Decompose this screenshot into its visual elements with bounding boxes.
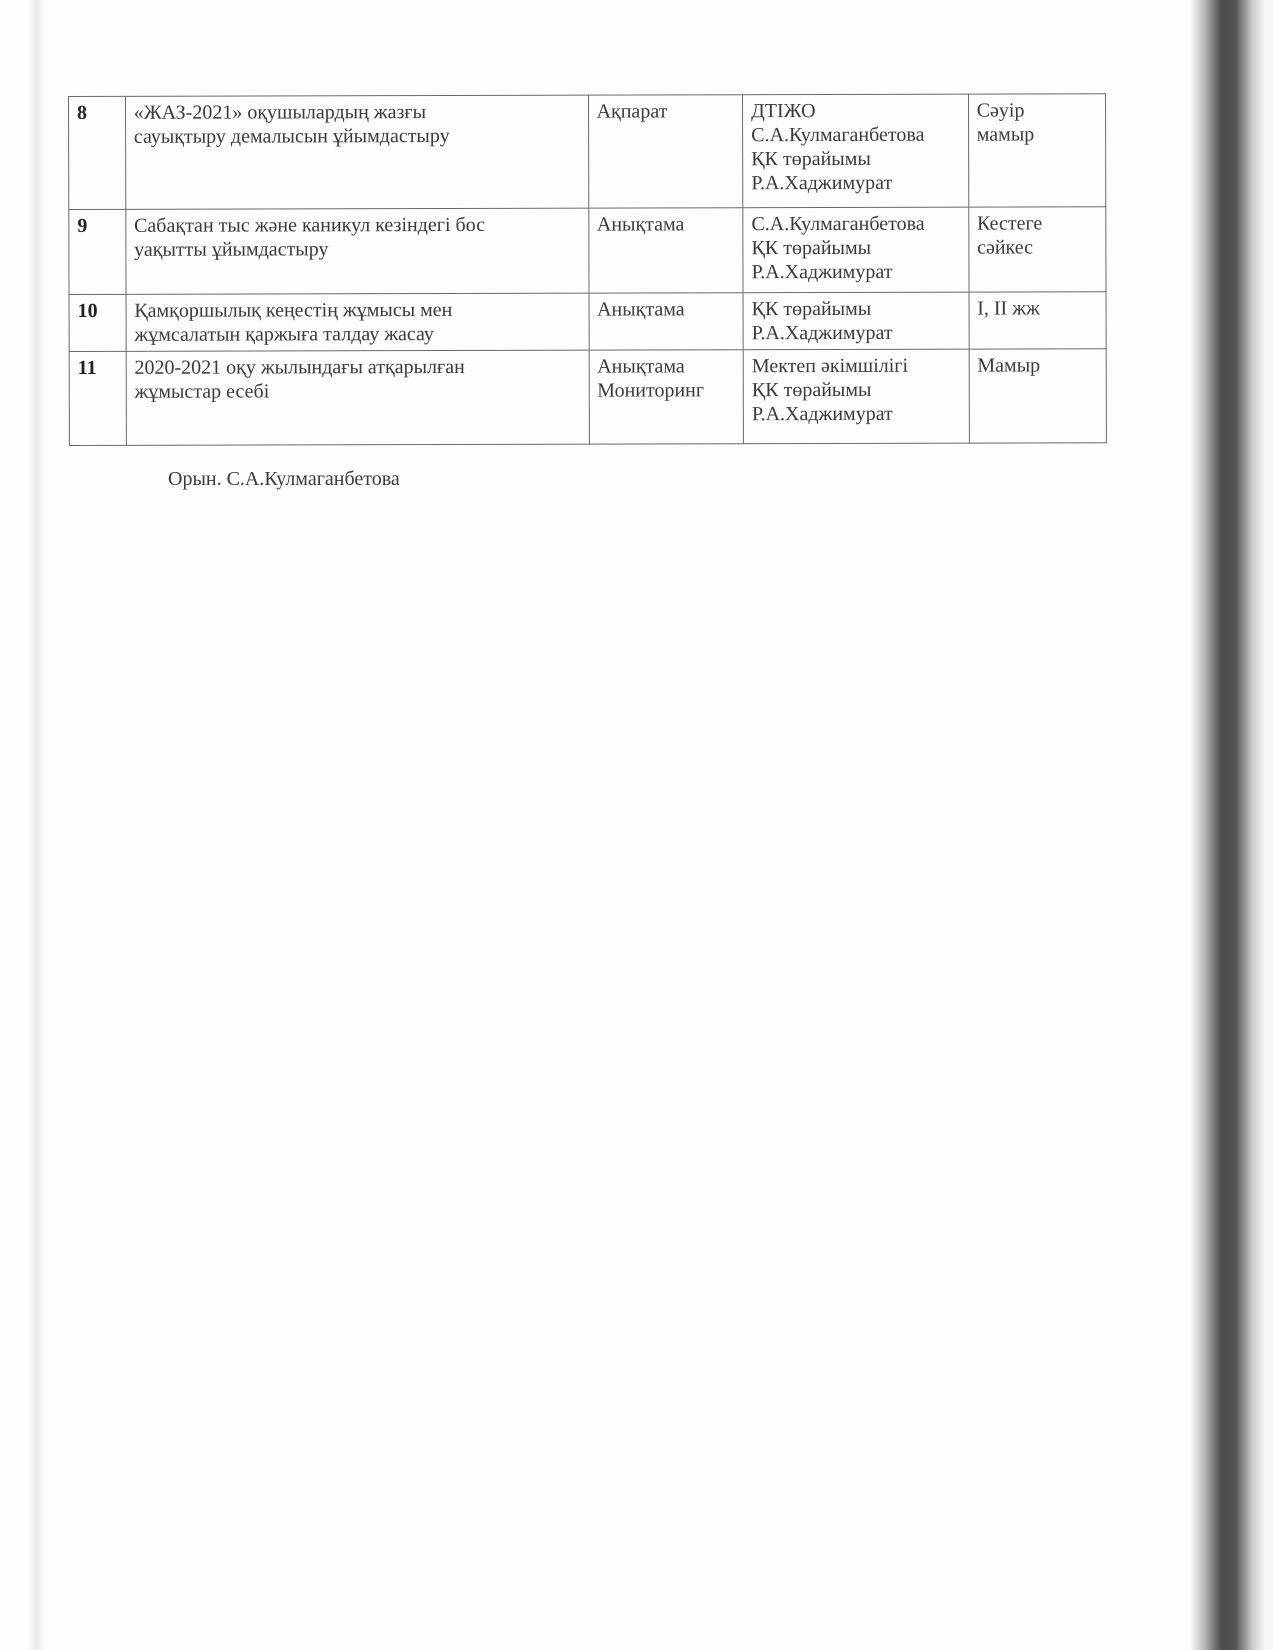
scan-right-shadow bbox=[1190, 0, 1273, 1650]
responsible-person-line: ҚК төрайымы bbox=[751, 147, 960, 172]
responsible-person-line: Мектеп әкімшілігі bbox=[752, 354, 961, 379]
activity-title-line: Сабақтан тыс және каникул кезіндегі бос bbox=[134, 213, 580, 238]
deadline: Кестегесәйкес bbox=[968, 207, 1106, 292]
activity-title: Қамқоршылық кеңестің жұмысы менжұмсалаты… bbox=[126, 293, 589, 351]
responsible-person: С.А.КулмаганбетоваҚК төрайымыР.А.Хаджиму… bbox=[743, 207, 969, 293]
activity-title-line: сауықтыру демалысын ұйымдастыру bbox=[134, 124, 580, 149]
deadline-line: Сәуір bbox=[977, 98, 1097, 122]
activity-title-line: жұмыстар есебі bbox=[134, 379, 580, 404]
report-form: Анықтама bbox=[589, 293, 744, 350]
activity-title-line: «ЖАЗ-2021» оқушылардың жазғы bbox=[134, 100, 580, 125]
deadline: І, ІІ жж bbox=[969, 292, 1106, 349]
deadline-line: Кестеге bbox=[977, 211, 1097, 235]
deadline-line: мамыр bbox=[977, 122, 1097, 146]
row-number: 10 bbox=[69, 294, 126, 351]
table-row: 8«ЖАЗ-2021» оқушылардың жазғысауықтыру д… bbox=[69, 94, 1106, 210]
responsible-person: Мектеп әкімшілігіҚК төрайымыР.А.Хаджимур… bbox=[743, 349, 969, 444]
responsible-person-line: С.А.Кулмаганбетова bbox=[751, 123, 960, 148]
row-number: 9 bbox=[69, 209, 126, 294]
row-number: 11 bbox=[69, 351, 126, 445]
deadline: Мамыр bbox=[969, 349, 1107, 443]
deadline-line: І, ІІ жж bbox=[977, 296, 1097, 320]
activity-title: Сабақтан тыс және каникул кезіндегі босу… bbox=[126, 208, 589, 294]
report-form-line: Ақпарат bbox=[597, 99, 735, 123]
responsible-person-line: ДТІЖО bbox=[751, 99, 960, 124]
responsible-person-line: ҚК төрайымы bbox=[752, 297, 961, 322]
activity-title-line: 2020-2021 оқу жылындағы атқарылған bbox=[134, 355, 580, 380]
table-row: 112020-2021 оқу жылындағы атқарылғанжұмы… bbox=[69, 349, 1106, 446]
activity-title-line: жұмсалатын қаржыға талдау жасау bbox=[134, 322, 580, 347]
deadline-line: Мамыр bbox=[977, 353, 1097, 377]
table-row: 10Қамқоршылық кеңестің жұмысы менжұмсала… bbox=[69, 292, 1106, 352]
responsible-person-line: Р.А.Хаджимурат bbox=[752, 402, 961, 427]
responsible-person-line: Р.А.Хаджимурат bbox=[752, 260, 961, 285]
work-plan-table: 8«ЖАЗ-2021» оқушылардың жазғысауықтыру д… bbox=[68, 93, 1107, 446]
activity-title-line: уақытты ұйымдастыру bbox=[134, 237, 580, 262]
report-form-line: Анықтама bbox=[597, 354, 735, 378]
report-form-line: Анықтама bbox=[597, 212, 735, 236]
scan-left-edge bbox=[28, 0, 46, 1650]
activity-title: «ЖАЗ-2021» оқушылардың жазғысауықтыру де… bbox=[125, 95, 588, 209]
responsible-person-line: ҚК төрайымы bbox=[752, 378, 961, 403]
activity-title-line: Қамқоршылық кеңестің жұмысы мен bbox=[134, 298, 580, 323]
responsible-person-line: Р.А.Хаджимурат bbox=[752, 321, 961, 346]
responsible-person: ҚК төрайымыР.А.Хаджимурат bbox=[743, 292, 969, 350]
deadline: Сәуірмамыр bbox=[968, 94, 1106, 207]
table-row: 9Сабақтан тыс және каникул кезіндегі бос… bbox=[69, 207, 1106, 295]
report-form: АнықтамаМониторинг bbox=[589, 350, 744, 444]
report-form-line: Анықтама bbox=[597, 297, 735, 321]
work-plan-table-body: 8«ЖАЗ-2021» оқушылардың жазғысауықтыру д… bbox=[69, 94, 1107, 446]
activity-title: 2020-2021 оқу жылындағы атқарылғанжұмыст… bbox=[126, 350, 589, 445]
responsible-person-line: С.А.Кулмаганбетова bbox=[751, 212, 960, 237]
row-number: 8 bbox=[69, 96, 126, 209]
responsible-person: ДТІЖОС.А.КулмаганбетоваҚК төрайымыР.А.Ха… bbox=[743, 94, 969, 208]
responsible-person-line: Р.А.Хаджимурат bbox=[751, 171, 960, 196]
report-form: Ақпарат bbox=[588, 95, 743, 208]
report-form: Анықтама bbox=[588, 208, 743, 293]
responsible-person-line: ҚК төрайымы bbox=[751, 236, 960, 261]
report-form-line: Мониторинг bbox=[597, 378, 735, 402]
signature-line: Орын. С.А.Кулмаганбетова bbox=[168, 468, 400, 491]
deadline-line: сәйкес bbox=[977, 235, 1097, 259]
